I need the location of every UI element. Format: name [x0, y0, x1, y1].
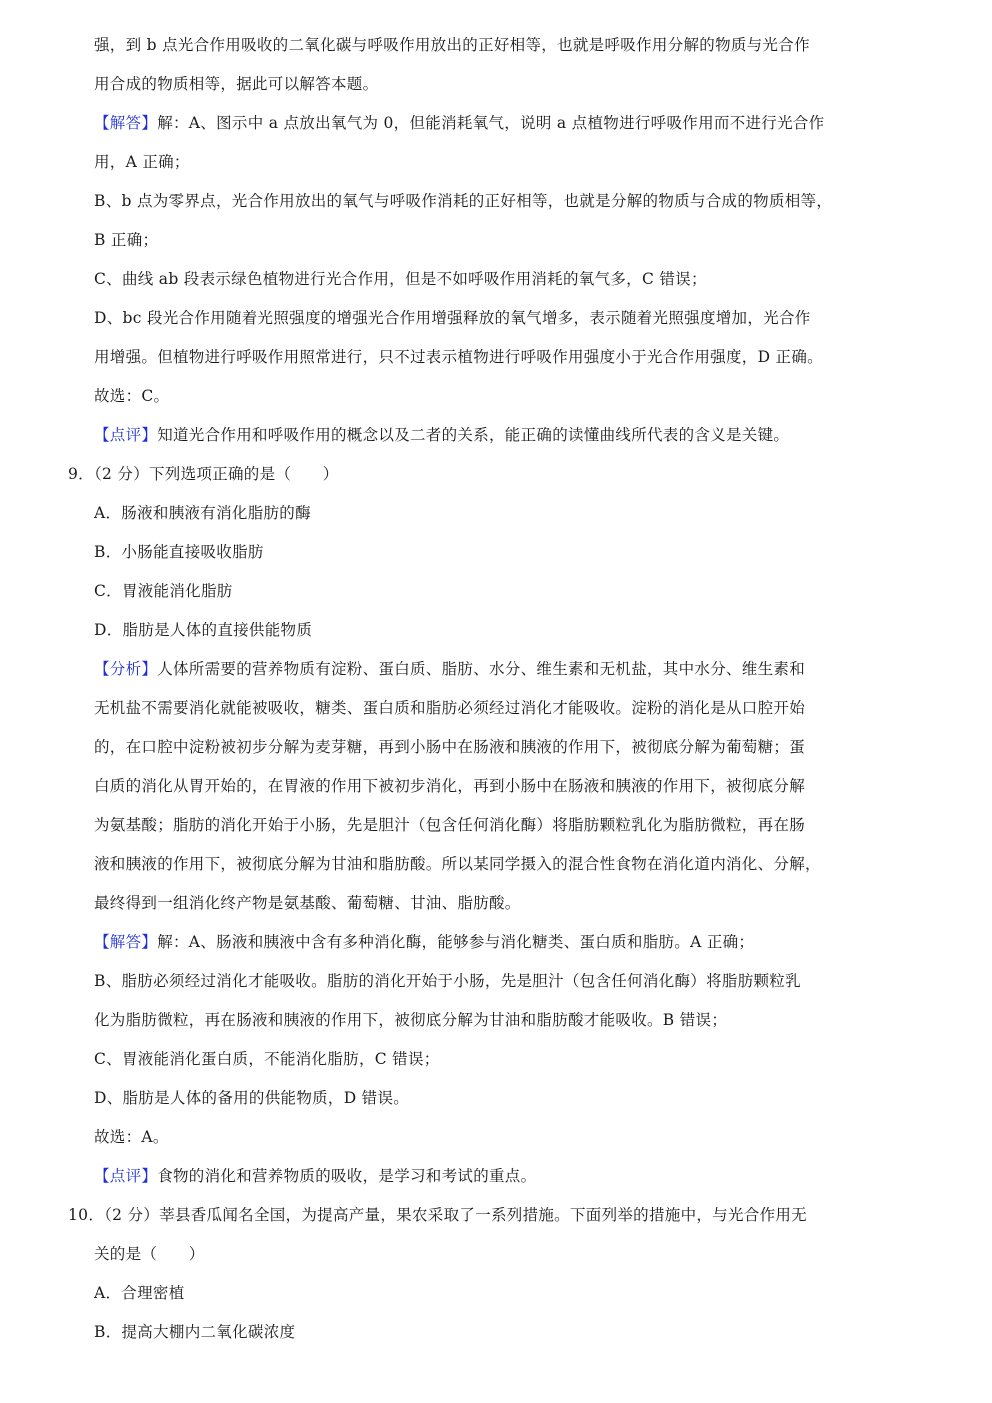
q9-answer-line: B、脂肪必须经过消化才能吸收。脂肪的消化开始于小肠，先是胆汁（包含任何消化酶）将…: [94, 971, 801, 991]
question-9-option-d: D．脂肪是人体的直接供能物质: [94, 620, 312, 640]
answer-line: B 正确；: [94, 230, 158, 250]
q9-analysis-line: 【分析】人体所需要的营养物质有淀粉、蛋白质、脂肪、水分、维生素和无机盐，其中水分…: [94, 659, 805, 679]
comment-line: 【点评】知道光合作用和呼吸作用的概念以及二者的关系，能正确的读懂曲线所代表的含义…: [94, 425, 789, 445]
answer-line: D、bc 段光合作用随着光照强度的增强光合作用增强释放的氧气增多，表示随着光照强…: [94, 308, 811, 328]
comment-tag: 【点评】: [94, 426, 157, 444]
answer-line: 用增强。但植物进行呼吸作用照常进行，只不过表示植物进行呼吸作用强度小于光合作用强…: [94, 347, 823, 367]
answer-choice: 故选：C。: [94, 386, 169, 406]
q9-answer-line: D、脂肪是人体的备用的供能物质，D 错误。: [94, 1088, 409, 1108]
question-10-option-b: B．提高大棚内二氧化碳浓度: [94, 1322, 295, 1342]
question-9-option-b: B．小肠能直接吸收脂肪: [94, 542, 264, 562]
question-10-stem-cont: 关的是（ ）: [94, 1244, 205, 1264]
q9-analysis-line: 无机盐不需要消化就能被吸收，糖类、蛋白质和脂肪必须经过消化才能吸收。淀粉的消化是…: [94, 698, 805, 718]
q9-analysis-line: 白质的消化从胃开始的，在胃液的作用下被初步消化，再到小肠中在肠液和胰液的作用下，…: [94, 776, 805, 796]
q9-analysis-line: 液和胰液的作用下，被彻底分解为甘油和脂肪酸。所以某同学摄入的混合性食物在消化道内…: [94, 854, 821, 874]
q9-answer-line: C、胃液能消化蛋白质，不能消化脂肪，C 错误；: [94, 1049, 440, 1069]
q9-analysis-line: 最终得到一组消化终产物是氨基酸、葡萄糖、甘油、脂肪酸。: [94, 893, 521, 913]
answer-tag: 【解答】: [94, 933, 157, 951]
q9-answer-choice: 故选：A。: [94, 1127, 169, 1147]
question-10-stem: 10．（2 分）莘县香瓜闻名全国，为提高产量，果农采取了一系列措施。下面列举的措…: [68, 1205, 807, 1225]
question-10-option-a: A．合理密植: [94, 1283, 185, 1303]
q9-analysis-line: 为氨基酸；脂肪的消化开始于小肠，先是胆汁（包含任何消化酶）将脂肪颗粒乳化为脂肪微…: [94, 815, 805, 835]
question-9-stem: 9．（2 分）下列选项正确的是（ ）: [68, 464, 339, 484]
q9-answer-line: 【解答】解：A、肠液和胰液中含有多种消化酶，能够参与消化糖类、蛋白质和脂肪。A …: [94, 932, 754, 952]
q9-analysis-line: 的，在口腔中淀粉被初步分解为麦芽糖，再到小肠中在肠液和胰液的作用下，被彻底分解为…: [94, 737, 805, 757]
analysis-tag: 【分析】: [94, 660, 157, 678]
question-9-option-c: C．胃液能消化脂肪: [94, 581, 233, 601]
answer-line: B、b 点为零界点，光合作用放出的氧气与呼吸作消耗的正好相等，也就是分解的物质与…: [94, 191, 832, 211]
q9-comment-line: 【点评】食物的消化和营养物质的吸收，是学习和考试的重点。: [94, 1166, 536, 1186]
answer-line: C、曲线 ab 段表示绿色植物进行光合作用，但是不如呼吸作用消耗的氧气多，C 错…: [94, 269, 707, 289]
q9-answer-line: 化为脂肪微粒，再在肠液和胰液的作用下，被彻底分解为甘油和脂肪酸才能吸收。B 错误…: [94, 1010, 727, 1030]
analysis-line: 用合成的物质相等，据此可以解答本题。: [94, 74, 378, 94]
answer-line: 用，A 正确；: [94, 152, 190, 172]
answer-tag: 【解答】: [94, 114, 157, 132]
comment-tag: 【点评】: [94, 1167, 157, 1185]
answer-line: 【解答】解：A、图示中 a 点放出氧气为 0，但能消耗氧气，说明 a 点植物进行…: [94, 113, 824, 133]
question-9-option-a: A．肠液和胰液有消化脂肪的酶: [94, 503, 311, 523]
analysis-line: 强，到 b 点光合作用吸收的二氧化碳与呼吸作用放出的正好相等，也就是呼吸作用分解…: [94, 35, 810, 55]
